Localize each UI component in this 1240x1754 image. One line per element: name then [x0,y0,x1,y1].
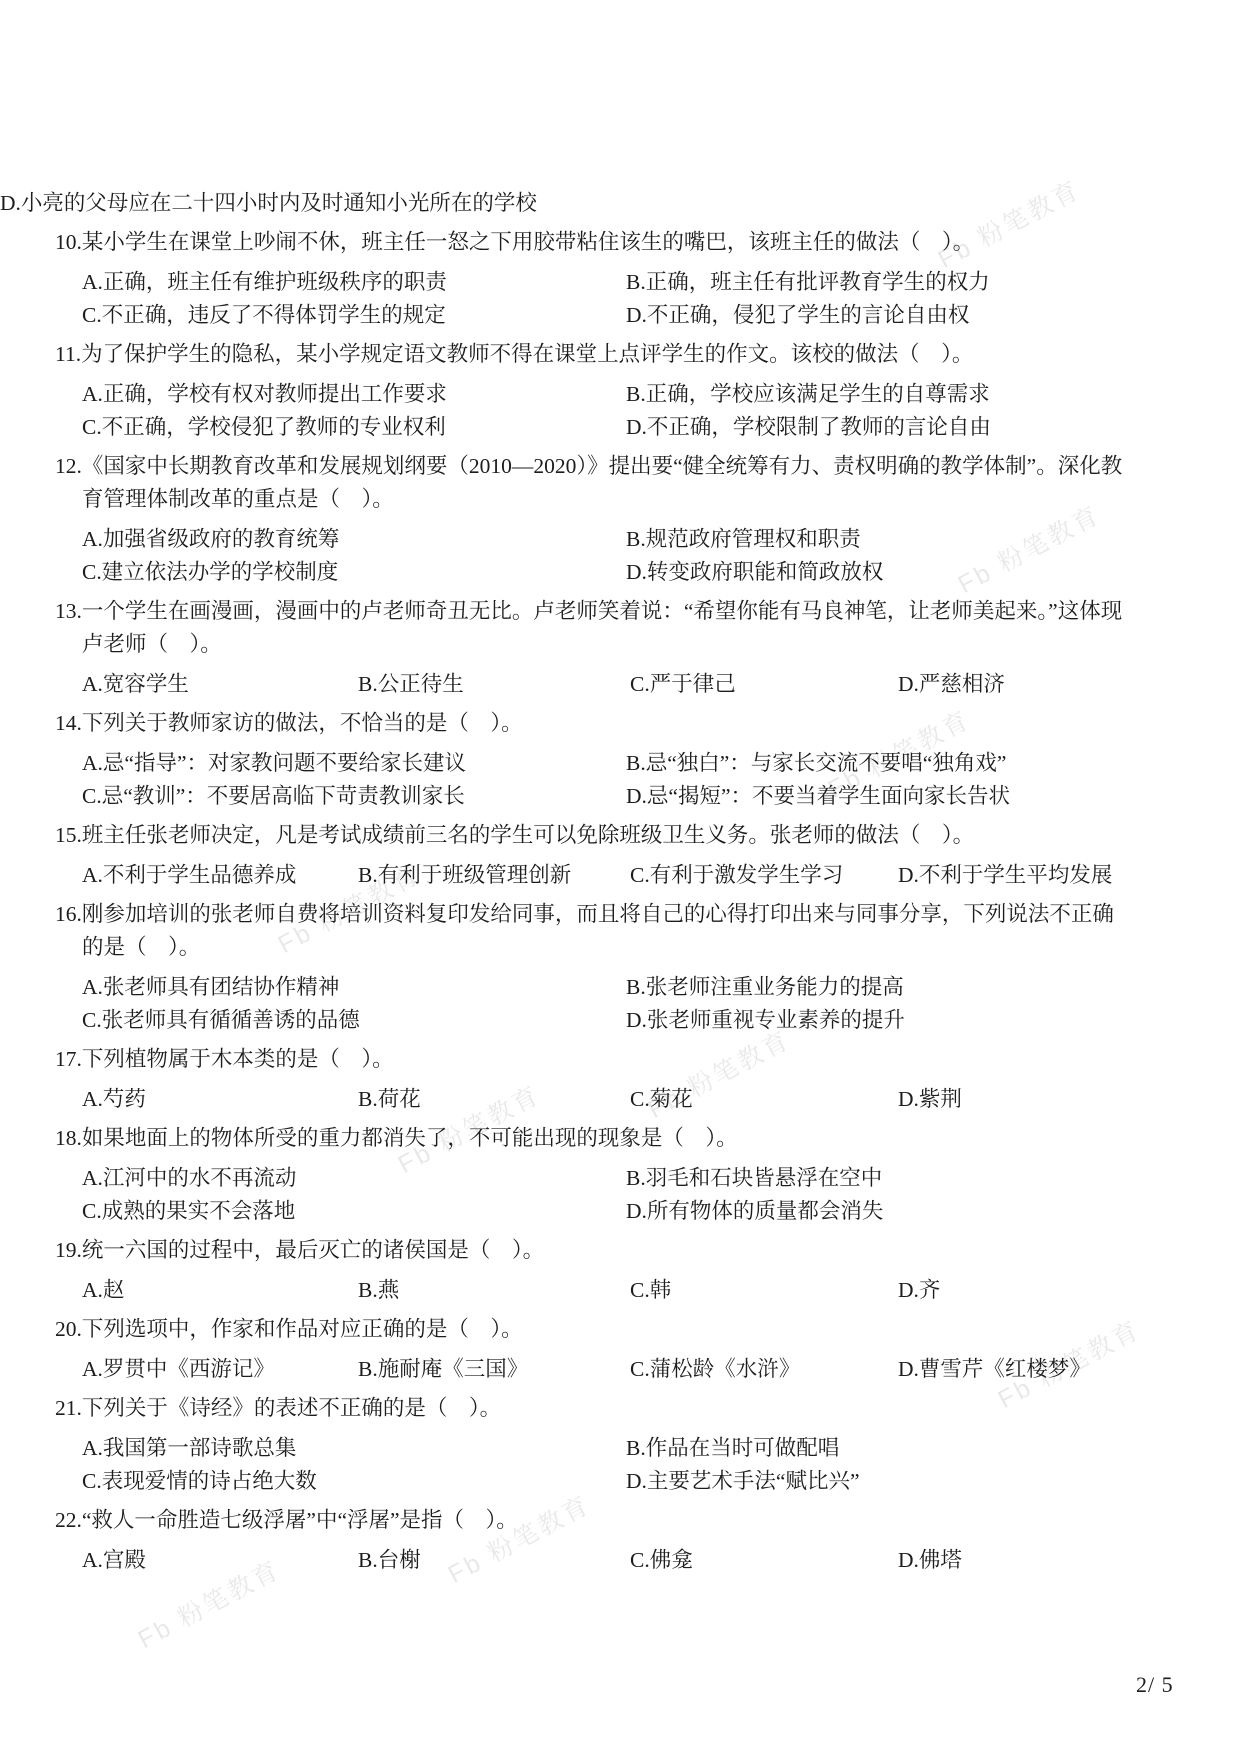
option-c: C.有利于激发学生学习 [630,859,898,892]
question-text: 如果地面上的物体所受的重力都消失了，不可能出现的现象是（ ）。 [82,1126,738,1150]
question-11: 11.为了保护学生的隐私，某小学规定语文教师不得在课堂上点评学生的作文。该校的做… [0,338,1240,444]
question-text: 为了保护学生的隐私，某小学规定语文教师不得在课堂上点评学生的作文。该校的做法（ … [81,342,973,366]
option-c: C.成熟的果实不会落地 [82,1195,626,1228]
question-stem: 12.《国家中长期教育改革和发展规划纲要（2010—2020）》提出要“健全统筹… [55,450,1132,516]
option-d: D.所有物体的质量都会消失 [626,1195,1240,1228]
question-text: 班主任张老师决定，凡是考试成绩前三名的学生可以免除班级卫生义务。张老师的做法（ … [82,823,974,847]
question-options: A.加强省级政府的教育统筹 B.规范政府管理权和职责 C.建立依法办学的学校制度… [82,523,1240,589]
option-d: D.不利于学生平均发展 [898,859,1240,892]
option-c: C.韩 [630,1274,898,1307]
question-number: 17. [55,1047,82,1071]
option-a: A.宫殿 [82,1544,358,1577]
option-d: D.忌“揭短”：不要当着学生面向家长告状 [626,780,1240,813]
option-a: A.不利于学生品德养成 [82,859,358,892]
question-16: 16.刚参加培训的张老师自费将培训资料复印发给同事，而且将自己的心得打印出来与同… [0,898,1240,1037]
question-options: A.宽容学生 B.公正待生 C.严于律己 D.严慈相济 [82,668,1240,701]
option-a: A.芍药 [82,1083,358,1116]
option-c: C.张老师具有循循善诱的品德 [82,1004,626,1037]
option-a: A.我国第一部诗歌总集 [82,1432,626,1465]
option-a: A.罗贯中《西游记》 [82,1353,358,1386]
option-d: D.张老师重视专业素养的提升 [626,1004,1240,1037]
question-options: A.罗贯中《西游记》 B.施耐庵《三国》 C.蒲松龄《水浒》 D.曹雪芹《红楼梦… [82,1353,1240,1386]
option-d: D.不正确，侵犯了学生的言论自由权 [626,299,1240,332]
question-13: 13.一个学生在画漫画，漫画中的卢老师奇丑无比。卢老师笑着说：“希望你能有马良神… [0,595,1240,701]
option-d: D.严慈相济 [898,668,1240,701]
option-c: C.建立依法办学的学校制度 [82,556,626,589]
option-b: B.正确，学校应该满足学生的自尊需求 [626,378,1240,411]
option-b: B.有利于班级管理创新 [358,859,630,892]
question-number: 19. [55,1238,82,1262]
question-options: A.我国第一部诗歌总集 B.作品在当时可做配唱 C.表现爱情的诗占绝大数 D.主… [82,1432,1240,1498]
question-19: 19.统一六国的过程中，最后灭亡的诸侯国是（ ）。 A.赵 B.燕 C.韩 D.… [0,1234,1240,1307]
question-stem: 13.一个学生在画漫画，漫画中的卢老师奇丑无比。卢老师笑着说：“希望你能有马良神… [55,595,1132,661]
question-stem: 15.班主任张老师决定，凡是考试成绩前三名的学生可以免除班级卫生义务。张老师的做… [55,819,1132,852]
option-b: B.施耐庵《三国》 [358,1353,630,1386]
question-17: 17.下列植物属于木本类的是（ ）。 A.芍药 B.荷花 C.菊花 D.紫荆 [0,1043,1240,1116]
question-stem: 18.如果地面上的物体所受的重力都消失了，不可能出现的现象是（ ）。 [55,1122,1132,1155]
question-number: 15. [55,823,82,847]
question-text: “救人一命胜造七级浮屠”中“浮屠”是指（ ）。 [82,1508,518,1532]
question-20: 20.下列选项中，作家和作品对应正确的是（ ）。 A.罗贯中《西游记》 B.施耐… [0,1313,1240,1386]
option-d: D.不正确，学校限制了教师的言论自由 [626,411,1240,444]
option-b: B.荷花 [358,1083,630,1116]
question-number: 14. [55,711,82,735]
question-10: 10.某小学生在课堂上吵闹不休，班主任一怒之下用胶带粘住该生的嘴巴，该班主任的做… [0,226,1240,332]
option-b: B.规范政府管理权和职责 [626,523,1240,556]
question-text: 刚参加培训的张老师自费将培训资料复印发给同事，而且将自己的心得打印出来与同事分享… [82,902,1114,959]
option-d: D.曹雪芹《红楼梦》 [898,1353,1240,1386]
question-stem: 14.下列关于教师家访的做法，不恰当的是（ ）。 [55,707,1132,740]
option-c: C.菊花 [630,1083,898,1116]
question-options: A.不利于学生品德养成 B.有利于班级管理创新 C.有利于激发学生学习 D.不利… [82,859,1240,892]
question-stem: 16.刚参加培训的张老师自费将培训资料复印发给同事，而且将自己的心得打印出来与同… [55,898,1132,964]
question-21: 21.下列关于《诗经》的表述不正确的是（ ）。 A.我国第一部诗歌总集 B.作品… [0,1392,1240,1498]
question-number: 10. [55,230,82,254]
question-9-option-d: D.小亮的父母应在二十四小时内及时通知小光所在的学校 [0,187,1240,220]
option-a: A.忌“指导”：对家教问题不要给家长建议 [82,747,626,780]
option-b: B.燕 [358,1274,630,1307]
option-c: C.佛龛 [630,1544,898,1577]
question-text: 某小学生在课堂上吵闹不休，班主任一怒之下用胶带粘住该生的嘴巴，该班主任的做法（ … [82,230,974,254]
question-options: A.芍药 B.荷花 C.菊花 D.紫荆 [82,1083,1240,1116]
question-number: 20. [55,1317,82,1341]
option-a: A.正确，班主任有维护班级秩序的职责 [82,266,626,299]
option-d: D.主要艺术手法“赋比兴” [626,1465,1240,1498]
option-d: D.紫荆 [898,1083,1240,1116]
option-a: A.加强省级政府的教育统筹 [82,523,626,556]
question-text: 下列关于《诗经》的表述不正确的是（ ）。 [82,1396,501,1420]
question-stem: 10.某小学生在课堂上吵闹不休，班主任一怒之下用胶带粘住该生的嘴巴，该班主任的做… [55,226,1132,259]
question-options: A.赵 B.燕 C.韩 D.齐 [82,1274,1240,1307]
option-b: B.正确，班主任有批评教育学生的权力 [626,266,1240,299]
question-options: A.宫殿 B.台榭 C.佛龛 D.佛塔 [82,1544,1240,1577]
option-a: A.正确，学校有权对教师提出工作要求 [82,378,626,411]
question-number: 21. [55,1396,82,1420]
question-text: 《国家中长期教育改革和发展规划纲要（2010—2020）》提出要“健全统筹有力、… [82,454,1122,511]
question-number: 18. [55,1126,82,1150]
question-text: 一个学生在画漫画，漫画中的卢老师奇丑无比。卢老师笑着说：“希望你能有马良神笔，让… [82,599,1122,656]
exam-content: D.小亮的父母应在二十四小时内及时通知小光所在的学校 10.某小学生在课堂上吵闹… [0,187,1240,1577]
option-c: C.严于律己 [630,668,898,701]
question-number: 12. [55,454,82,478]
question-text: 下列选项中，作家和作品对应正确的是（ ）。 [82,1317,523,1341]
option-b: B.作品在当时可做配唱 [626,1432,1240,1465]
question-options: A.正确，班主任有维护班级秩序的职责 B.正确，班主任有批评教育学生的权力 C.… [82,266,1240,332]
question-18: 18.如果地面上的物体所受的重力都消失了，不可能出现的现象是（ ）。 A.江河中… [0,1122,1240,1228]
question-number: 16. [55,902,82,926]
question-stem: 20.下列选项中，作家和作品对应正确的是（ ）。 [55,1313,1132,1346]
question-text: 下列植物属于木本类的是（ ）。 [82,1047,394,1071]
question-stem: 22.“救人一命胜造七级浮屠”中“浮屠”是指（ ）。 [55,1504,1132,1537]
option-d: D.佛塔 [898,1544,1240,1577]
option-d: D.转变政府职能和简政放权 [626,556,1240,589]
option-b: B.张老师注重业务能力的提高 [626,971,1240,1004]
question-options: A.正确，学校有权对教师提出工作要求 B.正确，学校应该满足学生的自尊需求 C.… [82,378,1240,444]
option-a: A.赵 [82,1274,358,1307]
option-b: B.羽毛和石块皆悬浮在空中 [626,1162,1240,1195]
question-stem: 17.下列植物属于木本类的是（ ）。 [55,1043,1132,1076]
question-number: 13. [55,599,82,623]
option-d: D.齐 [898,1274,1240,1307]
option-b: B.忌“独白”：与家长交流不要唱“独角戏” [626,747,1240,780]
question-22: 22.“救人一命胜造七级浮屠”中“浮屠”是指（ ）。 A.宫殿 B.台榭 C.佛… [0,1504,1240,1577]
question-text: 统一六国的过程中，最后灭亡的诸侯国是（ ）。 [82,1238,544,1262]
question-number: 22. [55,1508,82,1532]
question-15: 15.班主任张老师决定，凡是考试成绩前三名的学生可以免除班级卫生义务。张老师的做… [0,819,1240,892]
option-a: A.宽容学生 [82,668,358,701]
option-c: C.表现爱情的诗占绝大数 [82,1465,626,1498]
question-options: A.张老师具有团结协作精神 B.张老师注重业务能力的提高 C.张老师具有循循善诱… [82,971,1240,1037]
page-number: 2/ 5 [1136,1672,1174,1698]
question-stem: 21.下列关于《诗经》的表述不正确的是（ ）。 [55,1392,1132,1425]
option-a: A.江河中的水不再流动 [82,1162,626,1195]
question-options: A.忌“指导”：对家教问题不要给家长建议 B.忌“独白”：与家长交流不要唱“独角… [82,747,1240,813]
option-c: C.忌“教训”：不要居高临下苛责教训家长 [82,780,626,813]
question-stem: 11.为了保护学生的隐私，某小学规定语文教师不得在课堂上点评学生的作文。该校的做… [55,338,1132,371]
option-b: B.台榭 [358,1544,630,1577]
question-14: 14.下列关于教师家访的做法，不恰当的是（ ）。 A.忌“指导”：对家教问题不要… [0,707,1240,813]
option-a: A.张老师具有团结协作精神 [82,971,626,1004]
question-text: 下列关于教师家访的做法，不恰当的是（ ）。 [82,711,523,735]
option-c: C.不正确，违反了不得体罚学生的规定 [82,299,626,332]
exam-page: Fb 粉笔教育 Fb 粉笔教育 Fb 粉笔教育 Fb 粉笔教育 Fb 粉笔教育 … [0,0,1240,1754]
question-12: 12.《国家中长期教育改革和发展规划纲要（2010—2020）》提出要“健全统筹… [0,450,1240,589]
question-stem: 19.统一六国的过程中，最后灭亡的诸侯国是（ ）。 [55,1234,1132,1267]
option-c: C.不正确，学校侵犯了教师的专业权利 [82,411,626,444]
question-number: 11. [55,342,81,366]
option-c: C.蒲松龄《水浒》 [630,1353,898,1386]
option-b: B.公正待生 [358,668,630,701]
question-options: A.江河中的水不再流动 B.羽毛和石块皆悬浮在空中 C.成熟的果实不会落地 D.… [82,1162,1240,1228]
